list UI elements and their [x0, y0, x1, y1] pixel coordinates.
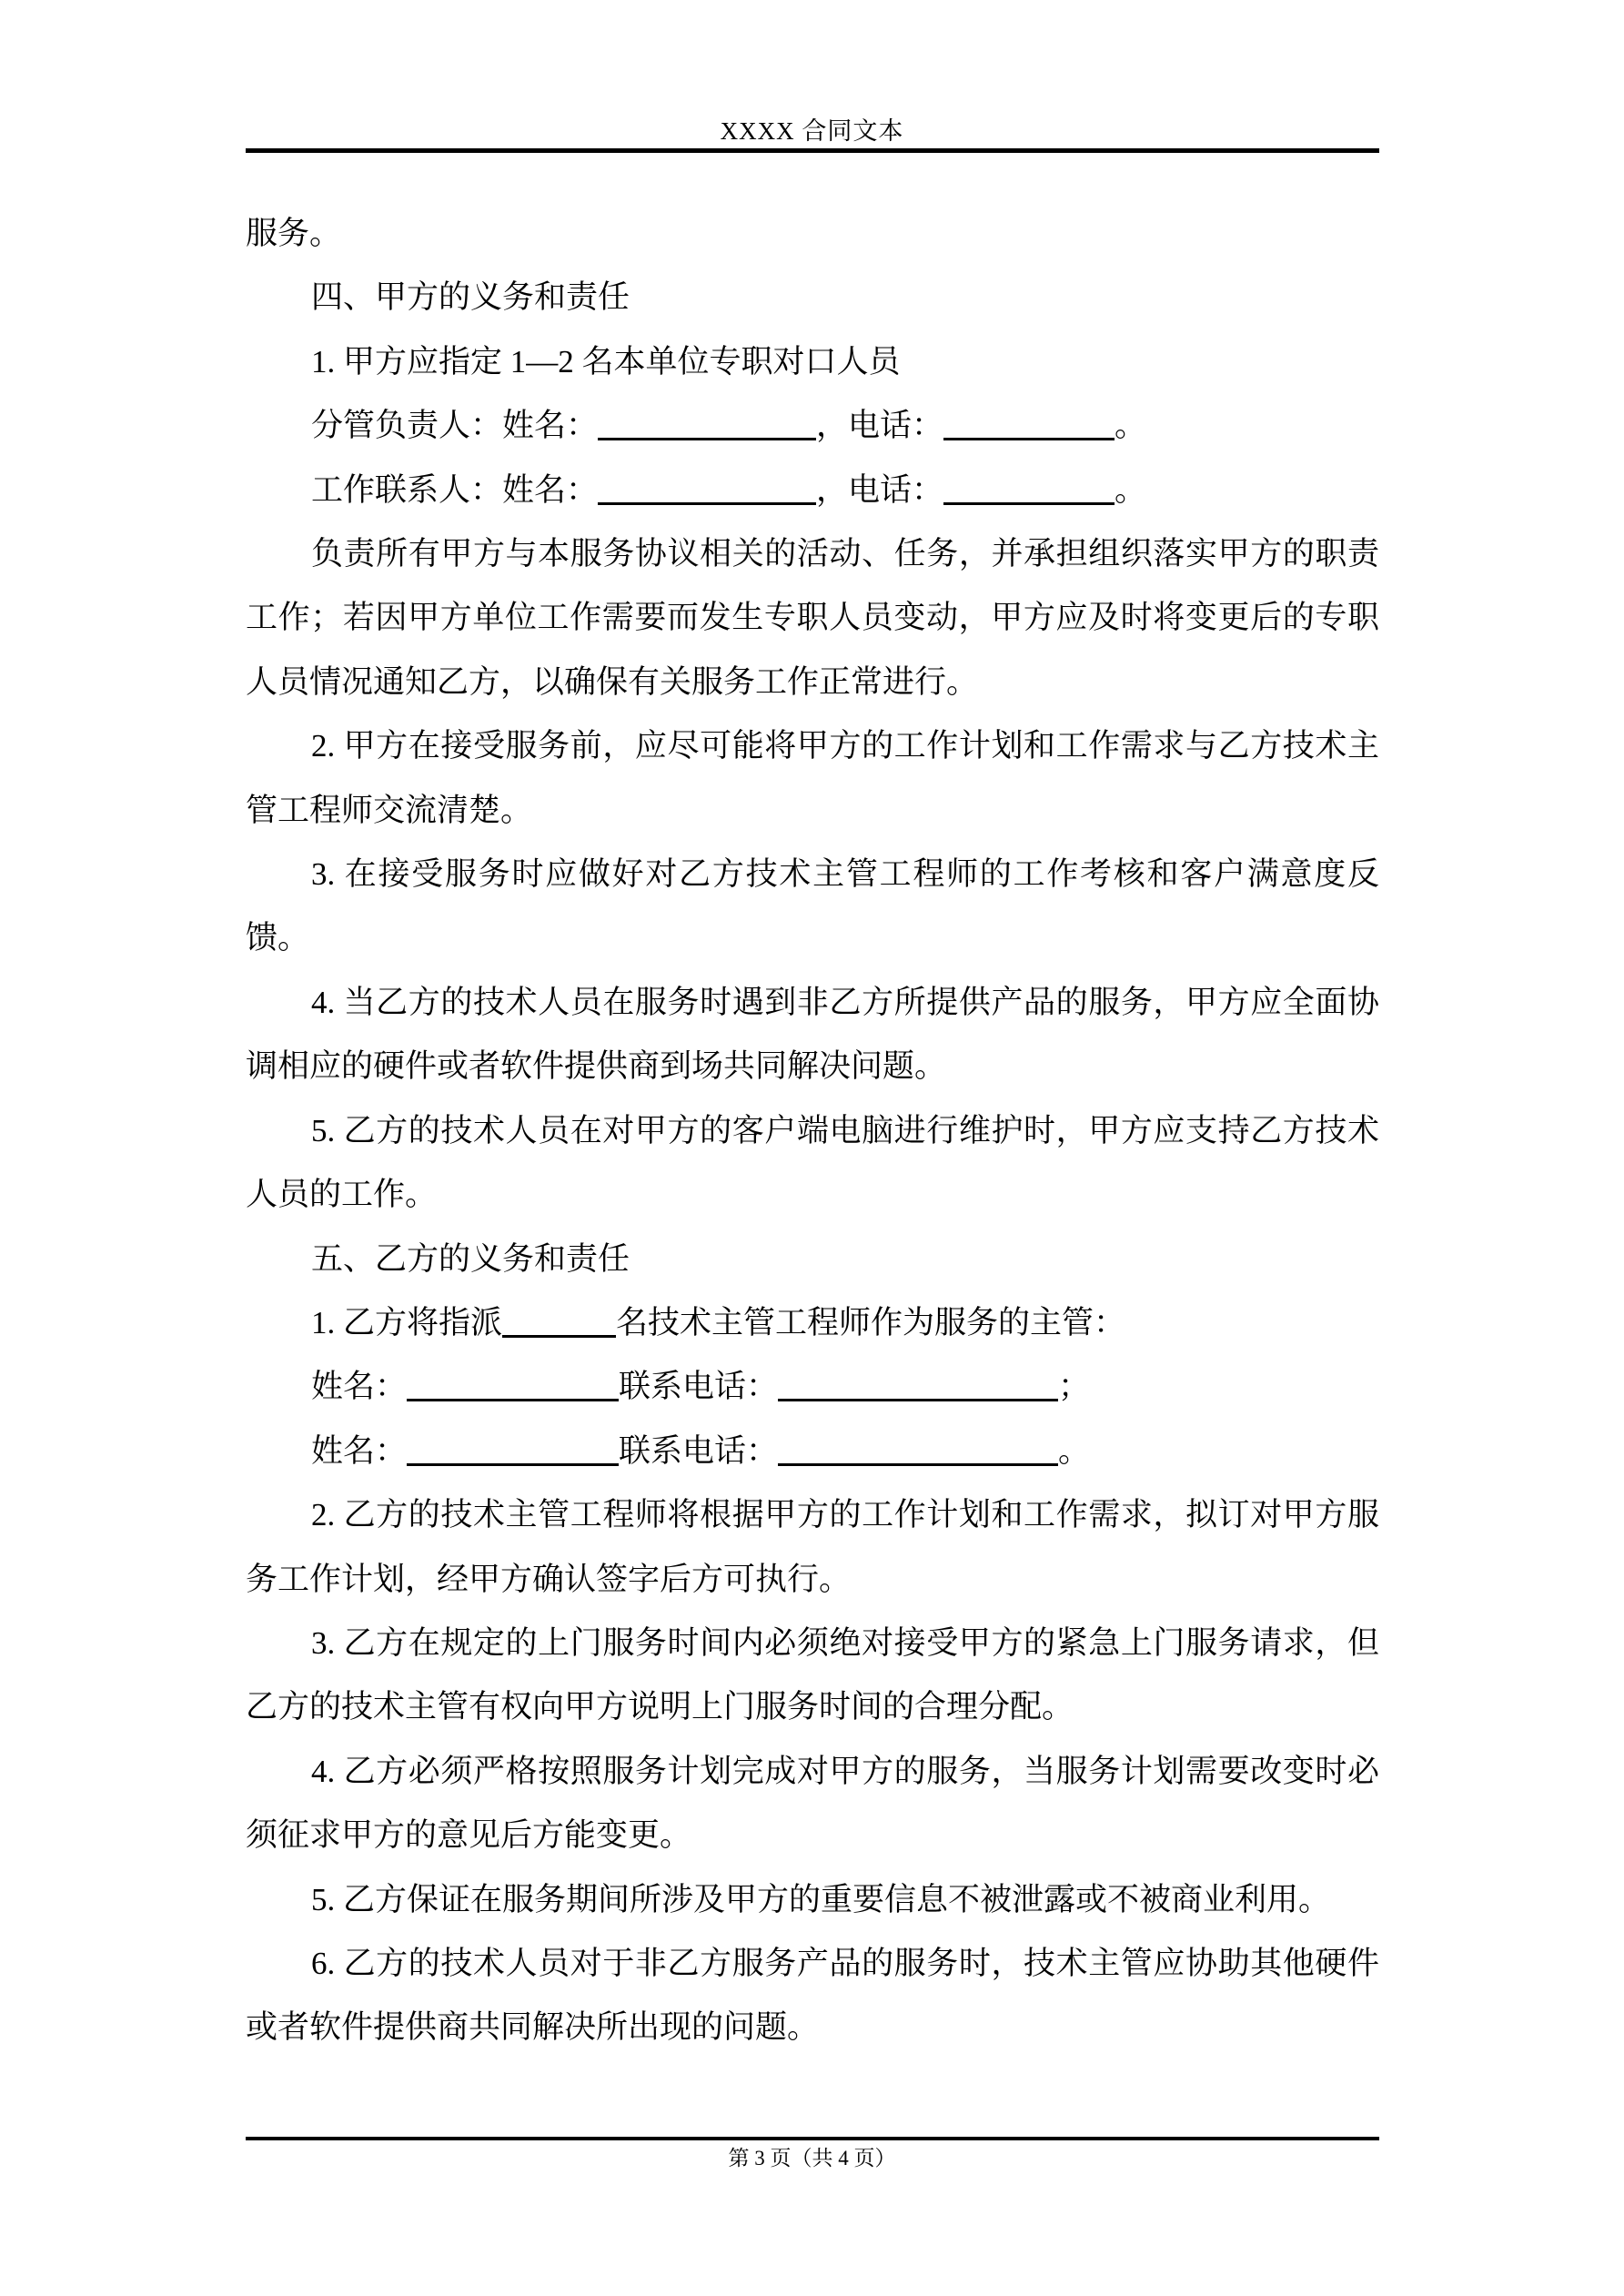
text-run: 姓名： [311, 1433, 407, 1469]
header-rule [246, 148, 1379, 153]
document-line: 或者软件提供商共同解决所出现的问题。 [246, 1996, 1379, 2059]
contract-document-page: XXXX 合同文本 服务。四、甲方的义务和责任1. 甲方应指定 1—2 名本单位… [0, 0, 1624, 2296]
fill-in-blank-underline [407, 1395, 619, 1401]
document-line: 四、甲方的义务和责任 [246, 266, 1379, 329]
text-run: 。 [1115, 408, 1146, 443]
text-run: 馈。 [246, 920, 309, 956]
document-line: 人员情况通知乙方，以确保有关服务工作正常进行。 [246, 651, 1379, 714]
document-line: 姓名：联系电话：。 [246, 1420, 1379, 1483]
text-run: 4. 乙方必须严格按照服务计划完成对甲方的服务，当服务计划需要改变时必 [311, 1754, 1379, 1789]
text-run: 姓名： [311, 1369, 407, 1404]
document-line: 2. 乙方的技术主管工程师将根据甲方的工作计划和工作需求，拟订对甲方服 [246, 1483, 1379, 1547]
text-run: ； [1058, 1369, 1090, 1404]
document-line: 五、乙方的义务和责任 [246, 1228, 1379, 1291]
text-run: 分管负责人：姓名： [311, 408, 598, 443]
document-line: 分管负责人：姓名：，电话：。 [246, 394, 1379, 458]
page-number-label: 第 3 页（共 4 页） [0, 2145, 1624, 2172]
document-line: 乙方的技术主管有权向甲方说明上门服务时间的合理分配。 [246, 1675, 1379, 1739]
document-line: 1. 乙方将指派名技术主管工程师作为服务的主管： [246, 1291, 1379, 1355]
document-line: 5. 乙方的技术人员在对甲方的客户端电脑进行维护时，甲方应支持乙方技术 [246, 1099, 1379, 1163]
fill-in-blank-underline [598, 434, 816, 440]
document-line: 工作；若因甲方单位工作需要而发生专职人员变动，甲方应及时将变更后的专职 [246, 586, 1379, 650]
text-run: 联系电话： [619, 1369, 778, 1404]
document-line: 5. 乙方保证在服务期间所涉及甲方的重要信息不被泄露或不被商业利用。 [246, 1868, 1379, 1932]
text-run: 人员情况通知乙方，以确保有关服务工作正常进行。 [246, 664, 978, 700]
text-run: 5. 乙方保证在服务期间所涉及甲方的重要信息不被泄露或不被商业利用。 [311, 1882, 1330, 1917]
text-run: 五、乙方的义务和责任 [311, 1241, 630, 1277]
document-line: 4. 当乙方的技术人员在服务时遇到非乙方所提供产品的服务，甲方应全面协 [246, 971, 1379, 1035]
text-run: 联系电话： [619, 1433, 778, 1469]
text-run: 6. 乙方的技术人员对于非乙方服务产品的服务时，技术主管应协助其他硬件 [311, 1946, 1379, 1981]
document-line: 4. 乙方必须严格按照服务计划完成对甲方的服务，当服务计划需要改变时必 [246, 1740, 1379, 1804]
document-line: 6. 乙方的技术人员对于非乙方服务产品的服务时，技术主管应协助其他硬件 [246, 1932, 1379, 1996]
document-line: 工作联系人：姓名：，电话：。 [246, 459, 1379, 522]
text-run: ，电话： [816, 408, 943, 443]
text-run: 3. 乙方在规定的上门服务时间内必须绝对接受甲方的紧急上门服务请求，但 [311, 1625, 1379, 1661]
document-line: 3. 乙方在规定的上门服务时间内必须绝对接受甲方的紧急上门服务请求，但 [246, 1612, 1379, 1675]
fill-in-blank-underline [407, 1460, 619, 1466]
text-run: 5. 乙方的技术人员在对甲方的客户端电脑进行维护时，甲方应支持乙方技术 [311, 1113, 1379, 1148]
footer-rule [246, 2137, 1379, 2140]
document-line: 馈。 [246, 906, 1379, 970]
document-line: 务工作计划，经甲方确认签字后方可执行。 [246, 1548, 1379, 1612]
text-run: 2. 乙方的技术主管工程师将根据甲方的工作计划和工作需求，拟订对甲方服 [311, 1497, 1379, 1532]
text-run: 4. 当乙方的技术人员在服务时遇到非乙方所提供产品的服务，甲方应全面协 [311, 985, 1379, 1020]
text-run: ，电话： [816, 472, 943, 508]
text-run: 务工作计划，经甲方确认签字后方可执行。 [246, 1562, 851, 1597]
text-run: 1. 乙方将指派 [311, 1305, 502, 1340]
fill-in-blank-underline [778, 1460, 1058, 1466]
document-line: 人员的工作。 [246, 1163, 1379, 1227]
document-body: 服务。四、甲方的义务和责任1. 甲方应指定 1—2 名本单位专职对口人员分管负责… [246, 202, 1379, 2060]
fill-in-blank-underline [502, 1331, 616, 1338]
document-line: 1. 甲方应指定 1—2 名本单位专职对口人员 [246, 330, 1379, 394]
text-run: 工作联系人：姓名： [311, 472, 598, 508]
document-line: 姓名：联系电话：； [246, 1355, 1379, 1419]
text-run: 2. 甲方在接受服务前，应尽可能将甲方的工作计划和工作需求与乙方技术主 [311, 728, 1379, 764]
document-line: 管工程师交流清楚。 [246, 779, 1379, 843]
text-run: 或者软件提供商共同解决所出现的问题。 [246, 2009, 819, 2045]
document-line: 负责所有甲方与本服务协议相关的活动、任务，并承担组织落实甲方的职责 [246, 522, 1379, 586]
text-run: 四、甲方的义务和责任 [311, 279, 630, 315]
text-run: 乙方的技术主管有权向甲方说明上门服务时间的合理分配。 [246, 1689, 1074, 1725]
text-run: 服务。 [246, 216, 341, 251]
document-line: 须征求甲方的意见后方能变更。 [246, 1804, 1379, 1867]
text-run: 须征求甲方的意见后方能变更。 [246, 1817, 691, 1853]
text-run: 调相应的硬件或者软件提供商到场共同解决问题。 [246, 1048, 946, 1084]
text-run: 管工程师交流清楚。 [246, 793, 532, 828]
text-run: 人员的工作。 [246, 1177, 437, 1212]
document-line: 2. 甲方在接受服务前，应尽可能将甲方的工作计划和工作需求与乙方技术主 [246, 714, 1379, 778]
text-run: 。 [1058, 1433, 1090, 1469]
text-run: 工作；若因甲方单位工作需要而发生专职人员变动，甲方应及时将变更后的专职 [246, 600, 1379, 635]
document-line: 服务。 [246, 202, 1379, 266]
document-line: 3. 在接受服务时应做好对乙方技术主管工程师的工作考核和客户满意度反 [246, 843, 1379, 906]
text-run: 名技术主管工程师作为服务的主管： [616, 1305, 1125, 1340]
page-header-title: XXXX 合同文本 [0, 116, 1624, 146]
text-run: 1. 甲方应指定 1—2 名本单位专职对口人员 [311, 344, 901, 379]
fill-in-blank-underline [598, 499, 816, 505]
document-line: 调相应的硬件或者软件提供商到场共同解决问题。 [246, 1035, 1379, 1098]
fill-in-blank-underline [778, 1395, 1058, 1401]
fill-in-blank-underline [943, 434, 1115, 440]
text-run: 。 [1115, 472, 1146, 508]
text-run: 负责所有甲方与本服务协议相关的活动、任务，并承担组织落实甲方的职责 [311, 536, 1379, 571]
fill-in-blank-underline [943, 499, 1115, 505]
text-run: 3. 在接受服务时应做好对乙方技术主管工程师的工作考核和客户满意度反 [311, 856, 1379, 892]
